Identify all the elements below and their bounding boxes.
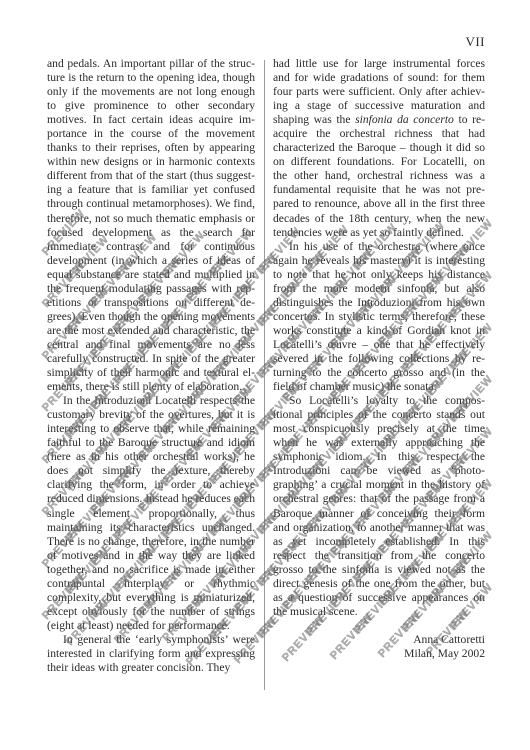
paragraph: In the Introduzioni Locatelli respects t… <box>47 394 255 633</box>
paragraph: In general the ‘early symphonists’ were … <box>47 633 255 675</box>
column-divider <box>264 60 265 690</box>
paragraph: In his use of the orchestra (where once … <box>273 240 485 395</box>
right-text-column: had little use for large instrumental fo… <box>273 57 485 661</box>
place-date: Milan, May 2002 <box>273 647 485 661</box>
paragraph: and pedals. An important pillar of the s… <box>47 57 255 394</box>
paragraph: had little use for large instrumental fo… <box>273 57 485 240</box>
text-span: to re­acquire the orchestral richness th… <box>273 113 485 238</box>
page-number: VII <box>465 34 485 50</box>
author-name: Anna Cattoretti <box>273 633 485 647</box>
paragraph: So Locatelli’s loyalty to the compos­iti… <box>273 394 485 619</box>
signature-block: Anna Cattoretti Milan, May 2002 <box>273 633 485 661</box>
italic-term: sinfonia da concerto <box>355 113 454 126</box>
left-text-column: and pedals. An important pillar of the s… <box>47 57 255 675</box>
